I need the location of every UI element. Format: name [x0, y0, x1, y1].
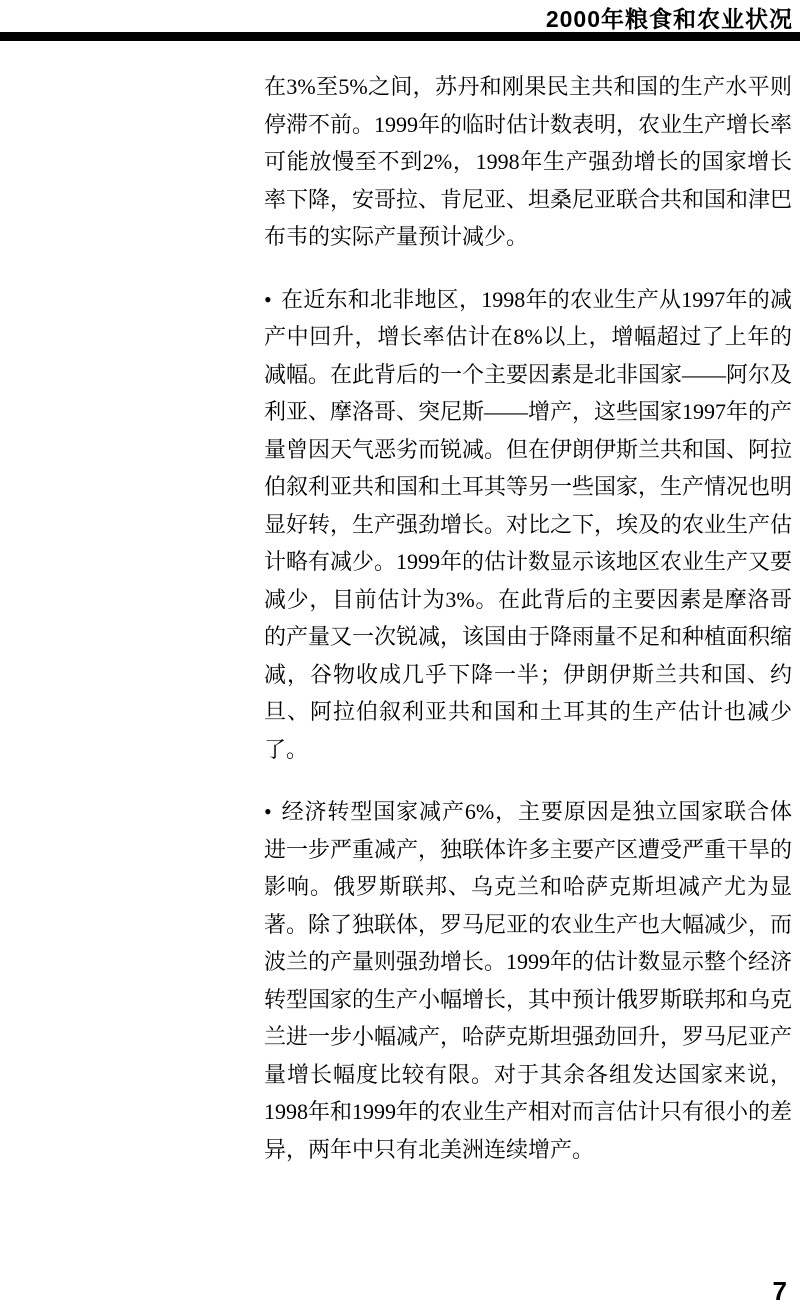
- paragraph: •在近东和北非地区，1998年的农业生产从1997年的减产中回升，增长率估计在8…: [264, 281, 792, 769]
- bullet-marker: •: [264, 287, 272, 312]
- paragraph: 在3%至5%之间，苏丹和刚果民主共和国的生产水平则停滞不前。1999年的临时估计…: [264, 68, 792, 256]
- running-head-title: 2000年粮食和农业状况: [546, 1, 793, 34]
- paragraph-text: 在近东和北非地区，1998年的农业生产从1997年的减产中回升，增长率估计在8%…: [264, 287, 792, 762]
- page-number: 7: [773, 1276, 787, 1305]
- paragraph-text: 在3%至5%之间，苏丹和刚果民主共和国的生产水平则停滞不前。1999年的临时估计…: [264, 74, 792, 249]
- header-divider-rule: [0, 32, 800, 41]
- paragraph-text: 经济转型国家减产6%，主要原因是独立国家联合体进一步严重减产，独联体许多主要产区…: [264, 799, 792, 1162]
- body-text-column: 在3%至5%之间，苏丹和刚果民主共和国的生产水平则停滞不前。1999年的临时估计…: [264, 68, 792, 1193]
- bullet-marker: •: [264, 799, 272, 824]
- paragraph: •经济转型国家减产6%，主要原因是独立国家联合体进一步严重减产，独联体许多主要产…: [264, 793, 792, 1168]
